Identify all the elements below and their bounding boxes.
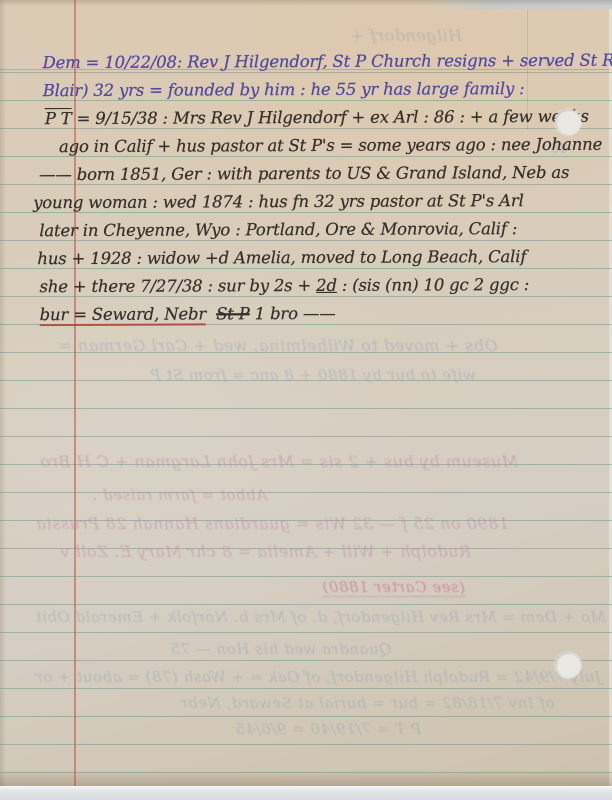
handwritten-line: young woman : wed 1874 : hus fn 32 yrs p… (33, 189, 524, 215)
scanned-page: Hilgendorf +3946Obs + moved to Wilhelmin… (0, 0, 612, 800)
handwriting-segment (206, 304, 216, 323)
handwriting-segment: St P (216, 304, 250, 323)
handwriting-segment: 1 bro —— (250, 304, 336, 323)
handwriting-segment: bur = Seward, Nebr (40, 304, 207, 326)
handwritten-line: bur = Seward, Nebr St P 1 bro —— (40, 302, 336, 327)
punch-hole-top (555, 109, 581, 135)
handwritten-text-block: Dem = 10/22/08: Rev J Hilgendorf, St P C… (0, 0, 612, 787)
handwritten-line: —— born 1851, Ger : with parents to US &… (39, 161, 569, 187)
handwriting-segment: she + there 7/27/38 : sur by 2s + (39, 276, 316, 296)
handwriting-segment: 2d (316, 276, 337, 295)
handwritten-line: Blair) 32 yrs = founded by him : he 55 y… (43, 77, 525, 103)
handwriting-segment: hus + 1928 : widow +d Amelia, moved to L… (37, 247, 526, 268)
handwritten-line: ago in Calif + hus pastor at St P's = so… (59, 133, 602, 159)
handwriting-segment: : (sis (nn) 10 gc 2 ggc : (337, 275, 529, 295)
handwriting-segment: Dem = 10/22/08: Rev J Hilgendorf, St P C… (43, 51, 612, 73)
handwriting-segment: Blair) 32 yrs = founded by him : he 55 y… (43, 79, 525, 100)
handwritten-line: hus + 1928 : widow +d Amelia, moved to L… (37, 245, 526, 271)
handwriting-segment: young woman : wed 1874 : hus fn 32 yrs p… (33, 191, 524, 212)
handwritten-line: she + there 7/27/38 : sur by 2s + 2d : (… (39, 273, 529, 299)
handwriting-segment: later in Cheyenne, Wyo : Portland, Ore &… (39, 219, 517, 240)
handwritten-line: Dem = 10/22/08: Rev J Hilgendorf, St P C… (43, 49, 612, 76)
handwriting-segment: P T (45, 109, 72, 128)
scanner-background-bottom (0, 786, 612, 800)
handwritten-line: P T = 9/15/38 : Mrs Rev J Hilgendorf + e… (45, 105, 589, 131)
punch-hole-bottom (555, 652, 581, 678)
handwriting-segment: —— born 1851, Ger : with parents to US &… (39, 163, 569, 184)
handwriting-segment: ago in Calif + hus pastor at St P's = so… (59, 135, 602, 156)
handwritten-line: later in Cheyenne, Wyo : Portland, Ore &… (39, 217, 517, 243)
handwriting-segment: = 9/15/38 : Mrs Rev J Hilgendorf + ex Ar… (72, 107, 589, 128)
notebook-paper: Hilgendorf +3946Obs + moved to Wilhelmin… (0, 0, 612, 786)
